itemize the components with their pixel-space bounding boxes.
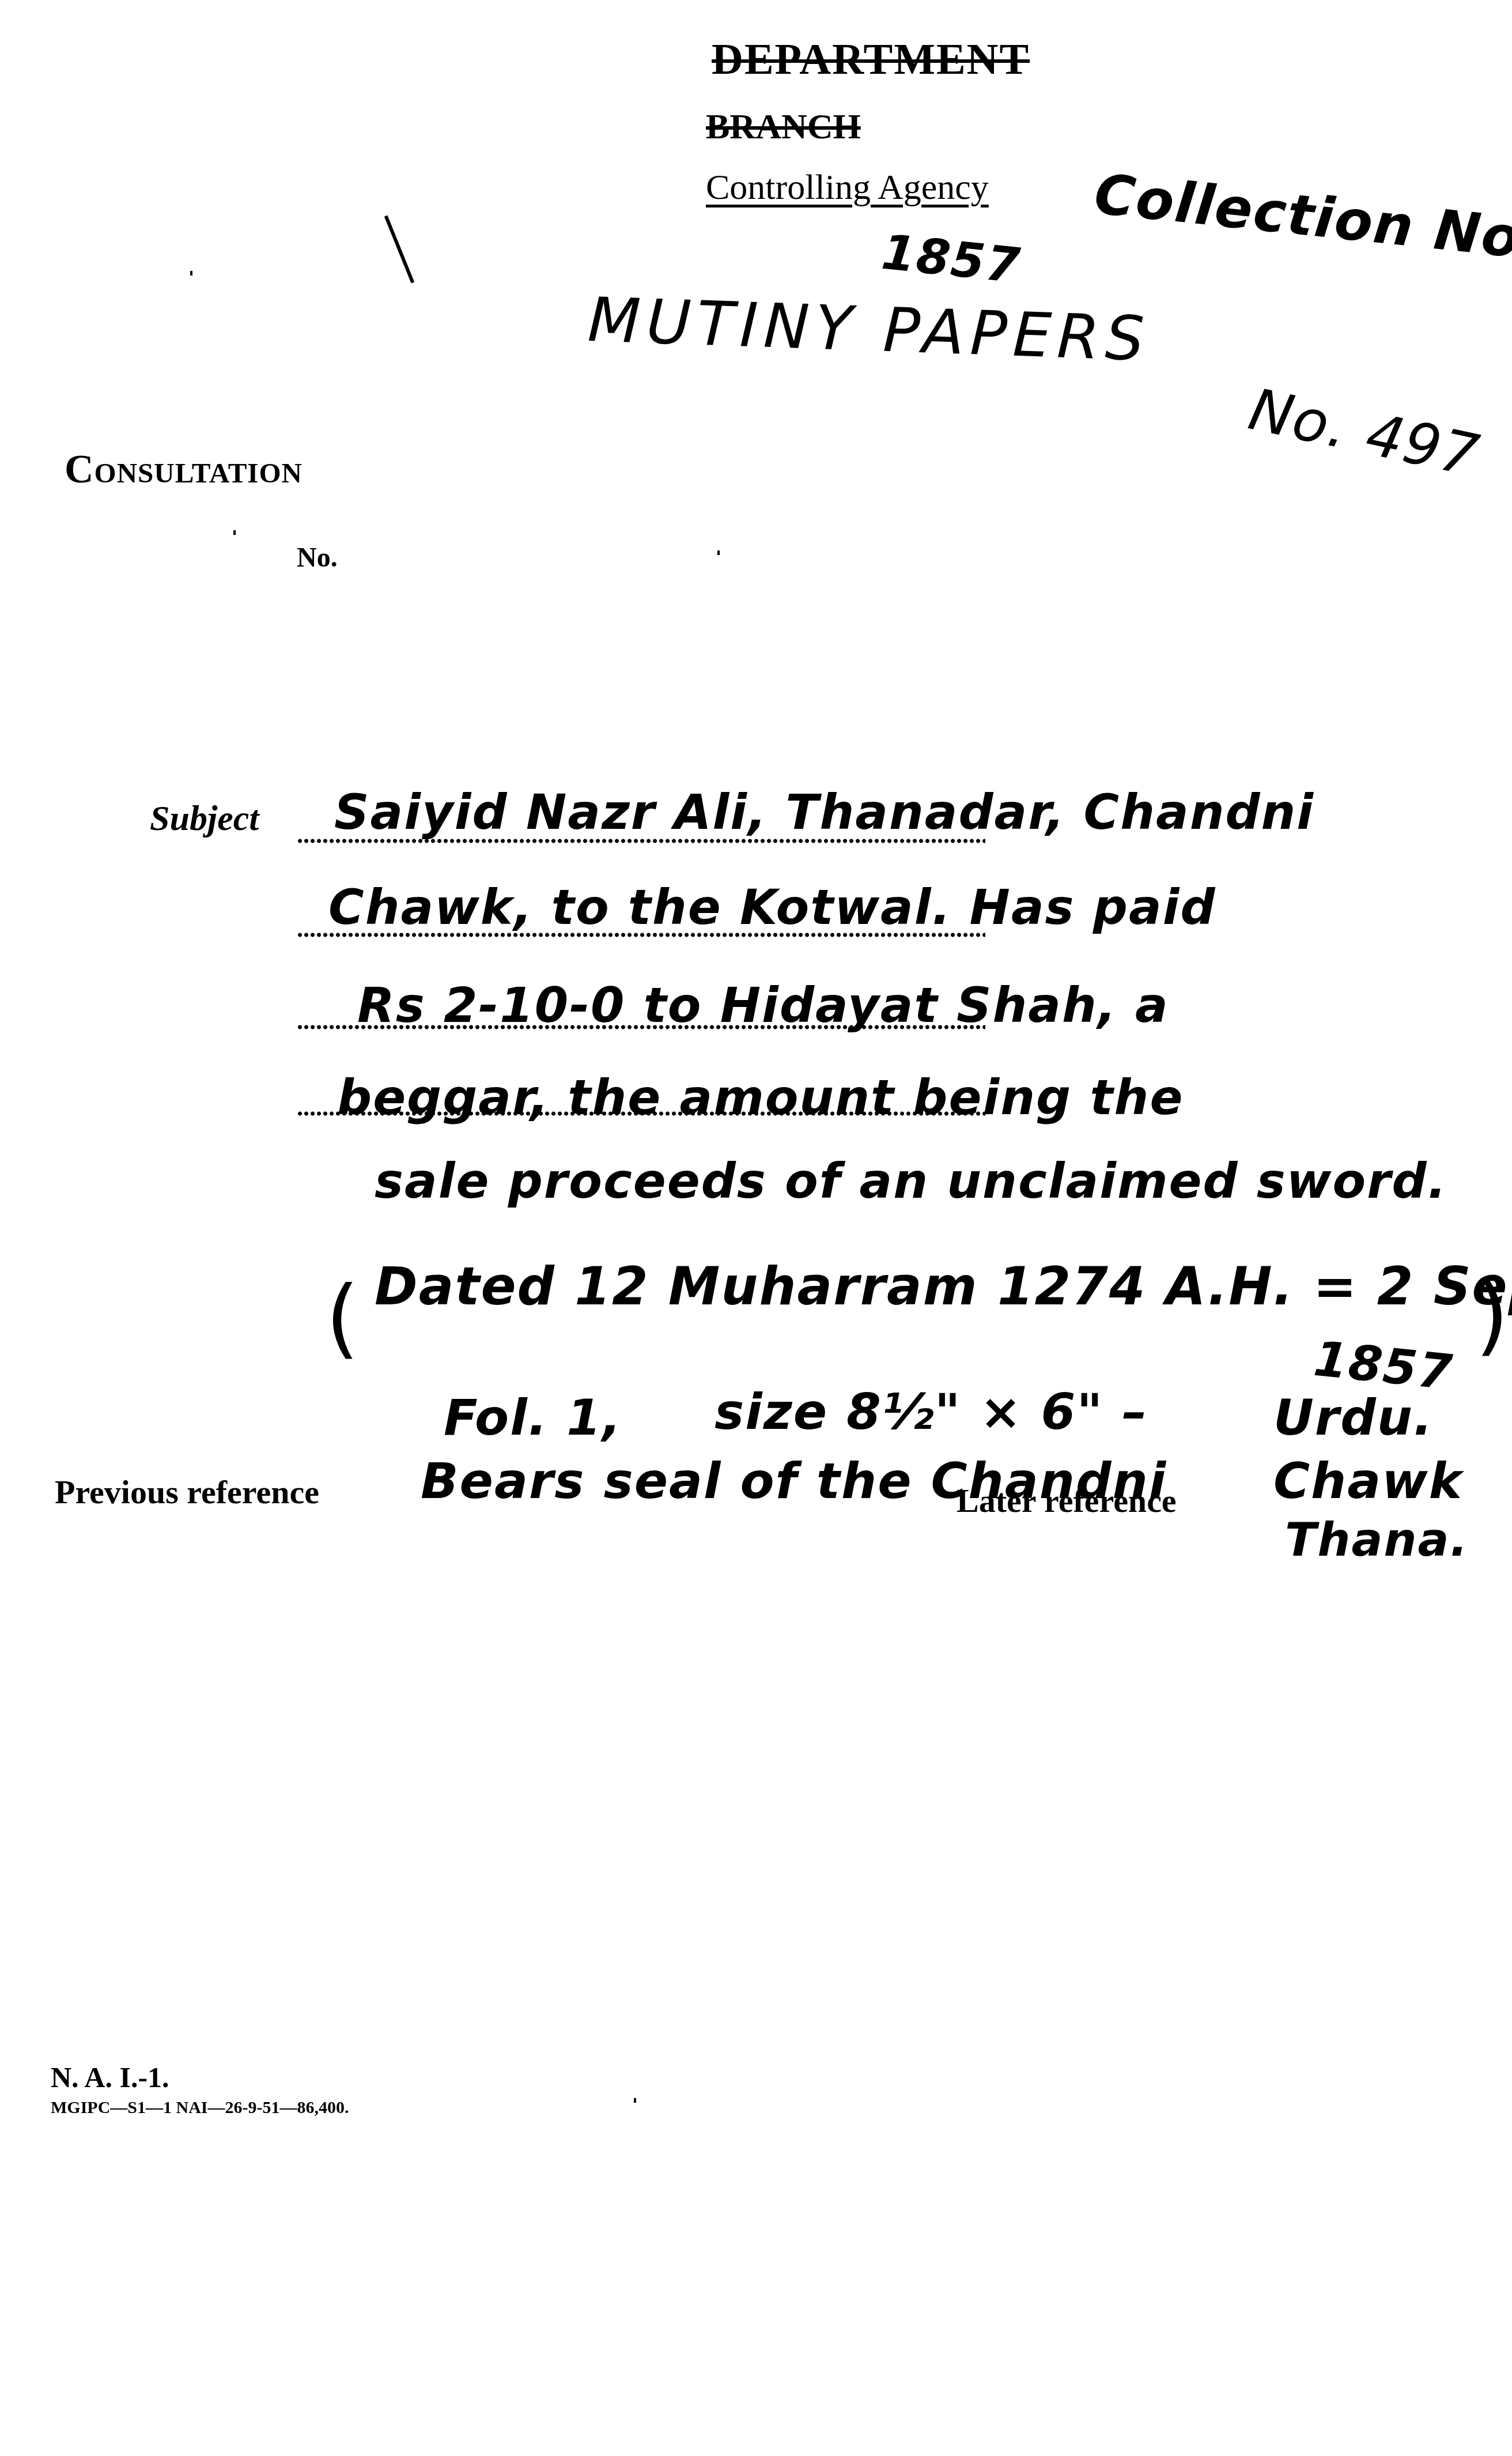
scan-speck [233, 530, 236, 535]
subject-line: sale proceeds of an unclaimed sword. [375, 1153, 1447, 1209]
dated-note: Dated 12 Muharram 1274 A.H. = 2 Sep. [375, 1257, 1512, 1317]
scan-speck [717, 550, 720, 555]
pen-mark [384, 215, 414, 283]
subject-line: Saiyid Nazr Ali, Thanadar, Chandni [334, 784, 1314, 840]
form-code: N. A. I.-1. [51, 2061, 169, 2094]
subject-line: Rs 2-10-0 to Hidayat Shah, a [357, 977, 1169, 1033]
department-label: DEPARTMENT [712, 35, 1030, 85]
close-paren: ) [1475, 1265, 1510, 1365]
header-year: 1857 [879, 224, 1024, 295]
previous-reference-label: Previous reference [55, 1473, 319, 1511]
controlling-agency-label: Controlling Agency [706, 167, 989, 208]
later-reference-label: Later reference [957, 1481, 1177, 1520]
open-paren: ( [326, 1268, 361, 1368]
seal-note-cont: Chawk [1273, 1453, 1463, 1510]
subject-line: Chawk, to the Kotwal. Has paid [328, 879, 1216, 935]
consultation-number-label: No. [297, 542, 338, 574]
scan-speck [190, 271, 192, 276]
consultation-heading: Consultation [65, 447, 303, 493]
subject-line: beggar, the amount being the [337, 1069, 1184, 1126]
subject-label: Subject [150, 798, 259, 839]
controlling-agency-value: Collection No. 61 [1091, 161, 1512, 283]
folio-note: Fol. 1, [444, 1389, 622, 1447]
print-info: MGIPC—S1—1 NAI—26-9-51—86,400. [51, 2098, 349, 2118]
seal-note-end: Thana. [1285, 1513, 1469, 1567]
size-note: size 8½" × 6" – [715, 1383, 1148, 1441]
scan-speck [634, 2098, 636, 2103]
branch-label: BRANCH [706, 107, 861, 148]
series-title: MUTINY PAPERS [587, 284, 1151, 375]
paper-number: No. 497 [1243, 375, 1485, 490]
language-note: Urdu. [1273, 1389, 1434, 1447]
